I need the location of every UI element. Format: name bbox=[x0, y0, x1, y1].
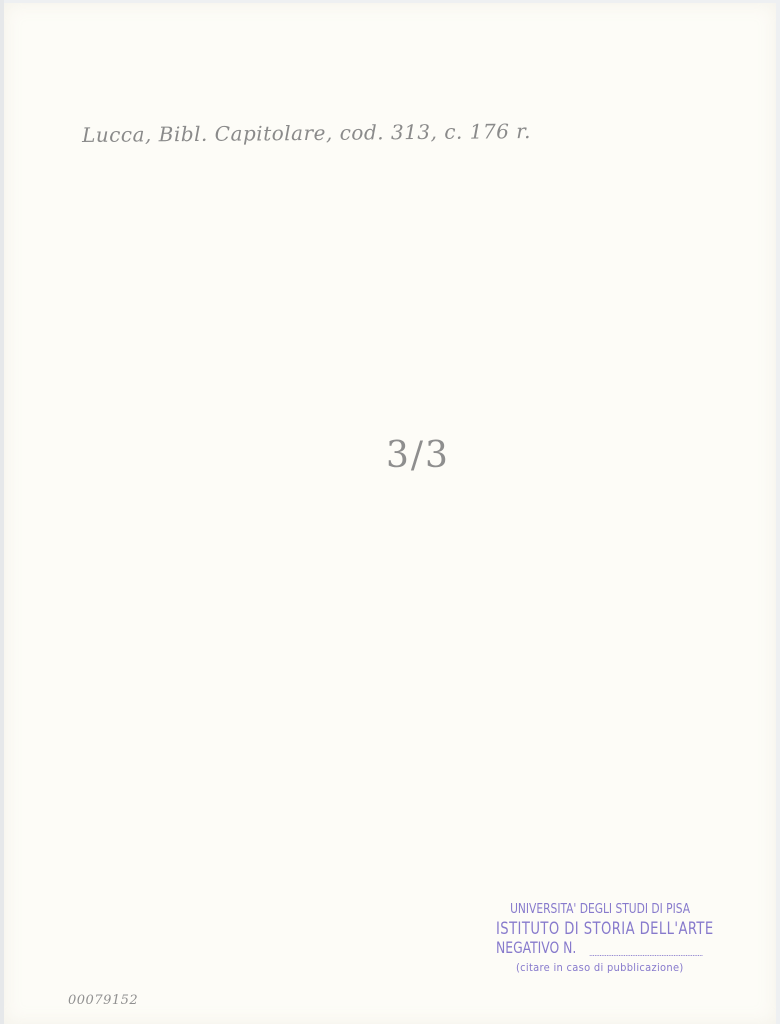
stamp-negative-label: NEGATIVO N. bbox=[496, 940, 576, 956]
stamp-citation-note: (citare in caso di pubblicazione) bbox=[496, 962, 736, 973]
stamp-university: UNIVERSITA' DEGLI STUDI DI PISA bbox=[496, 903, 707, 917]
handwritten-caption: Lucca, Bibl. Capitolare, cod. 313, c. 17… bbox=[82, 119, 531, 147]
stamp-negative-row: NEGATIVO N. bbox=[496, 940, 702, 956]
stamp-institute: ISTITUTO DI STORIA DELL'ARTE bbox=[496, 921, 702, 938]
stamp-negative-field bbox=[590, 945, 702, 956]
inventory-number: 00079152 bbox=[68, 993, 138, 1008]
handwritten-fraction: 3/3 bbox=[386, 435, 450, 476]
photo-back-sheet: Lucca, Bibl. Capitolare, cod. 313, c. 17… bbox=[4, 3, 776, 1024]
institution-stamp: UNIVERSITA' DEGLI STUDI DI PISA ISTITUTO… bbox=[496, 903, 736, 973]
